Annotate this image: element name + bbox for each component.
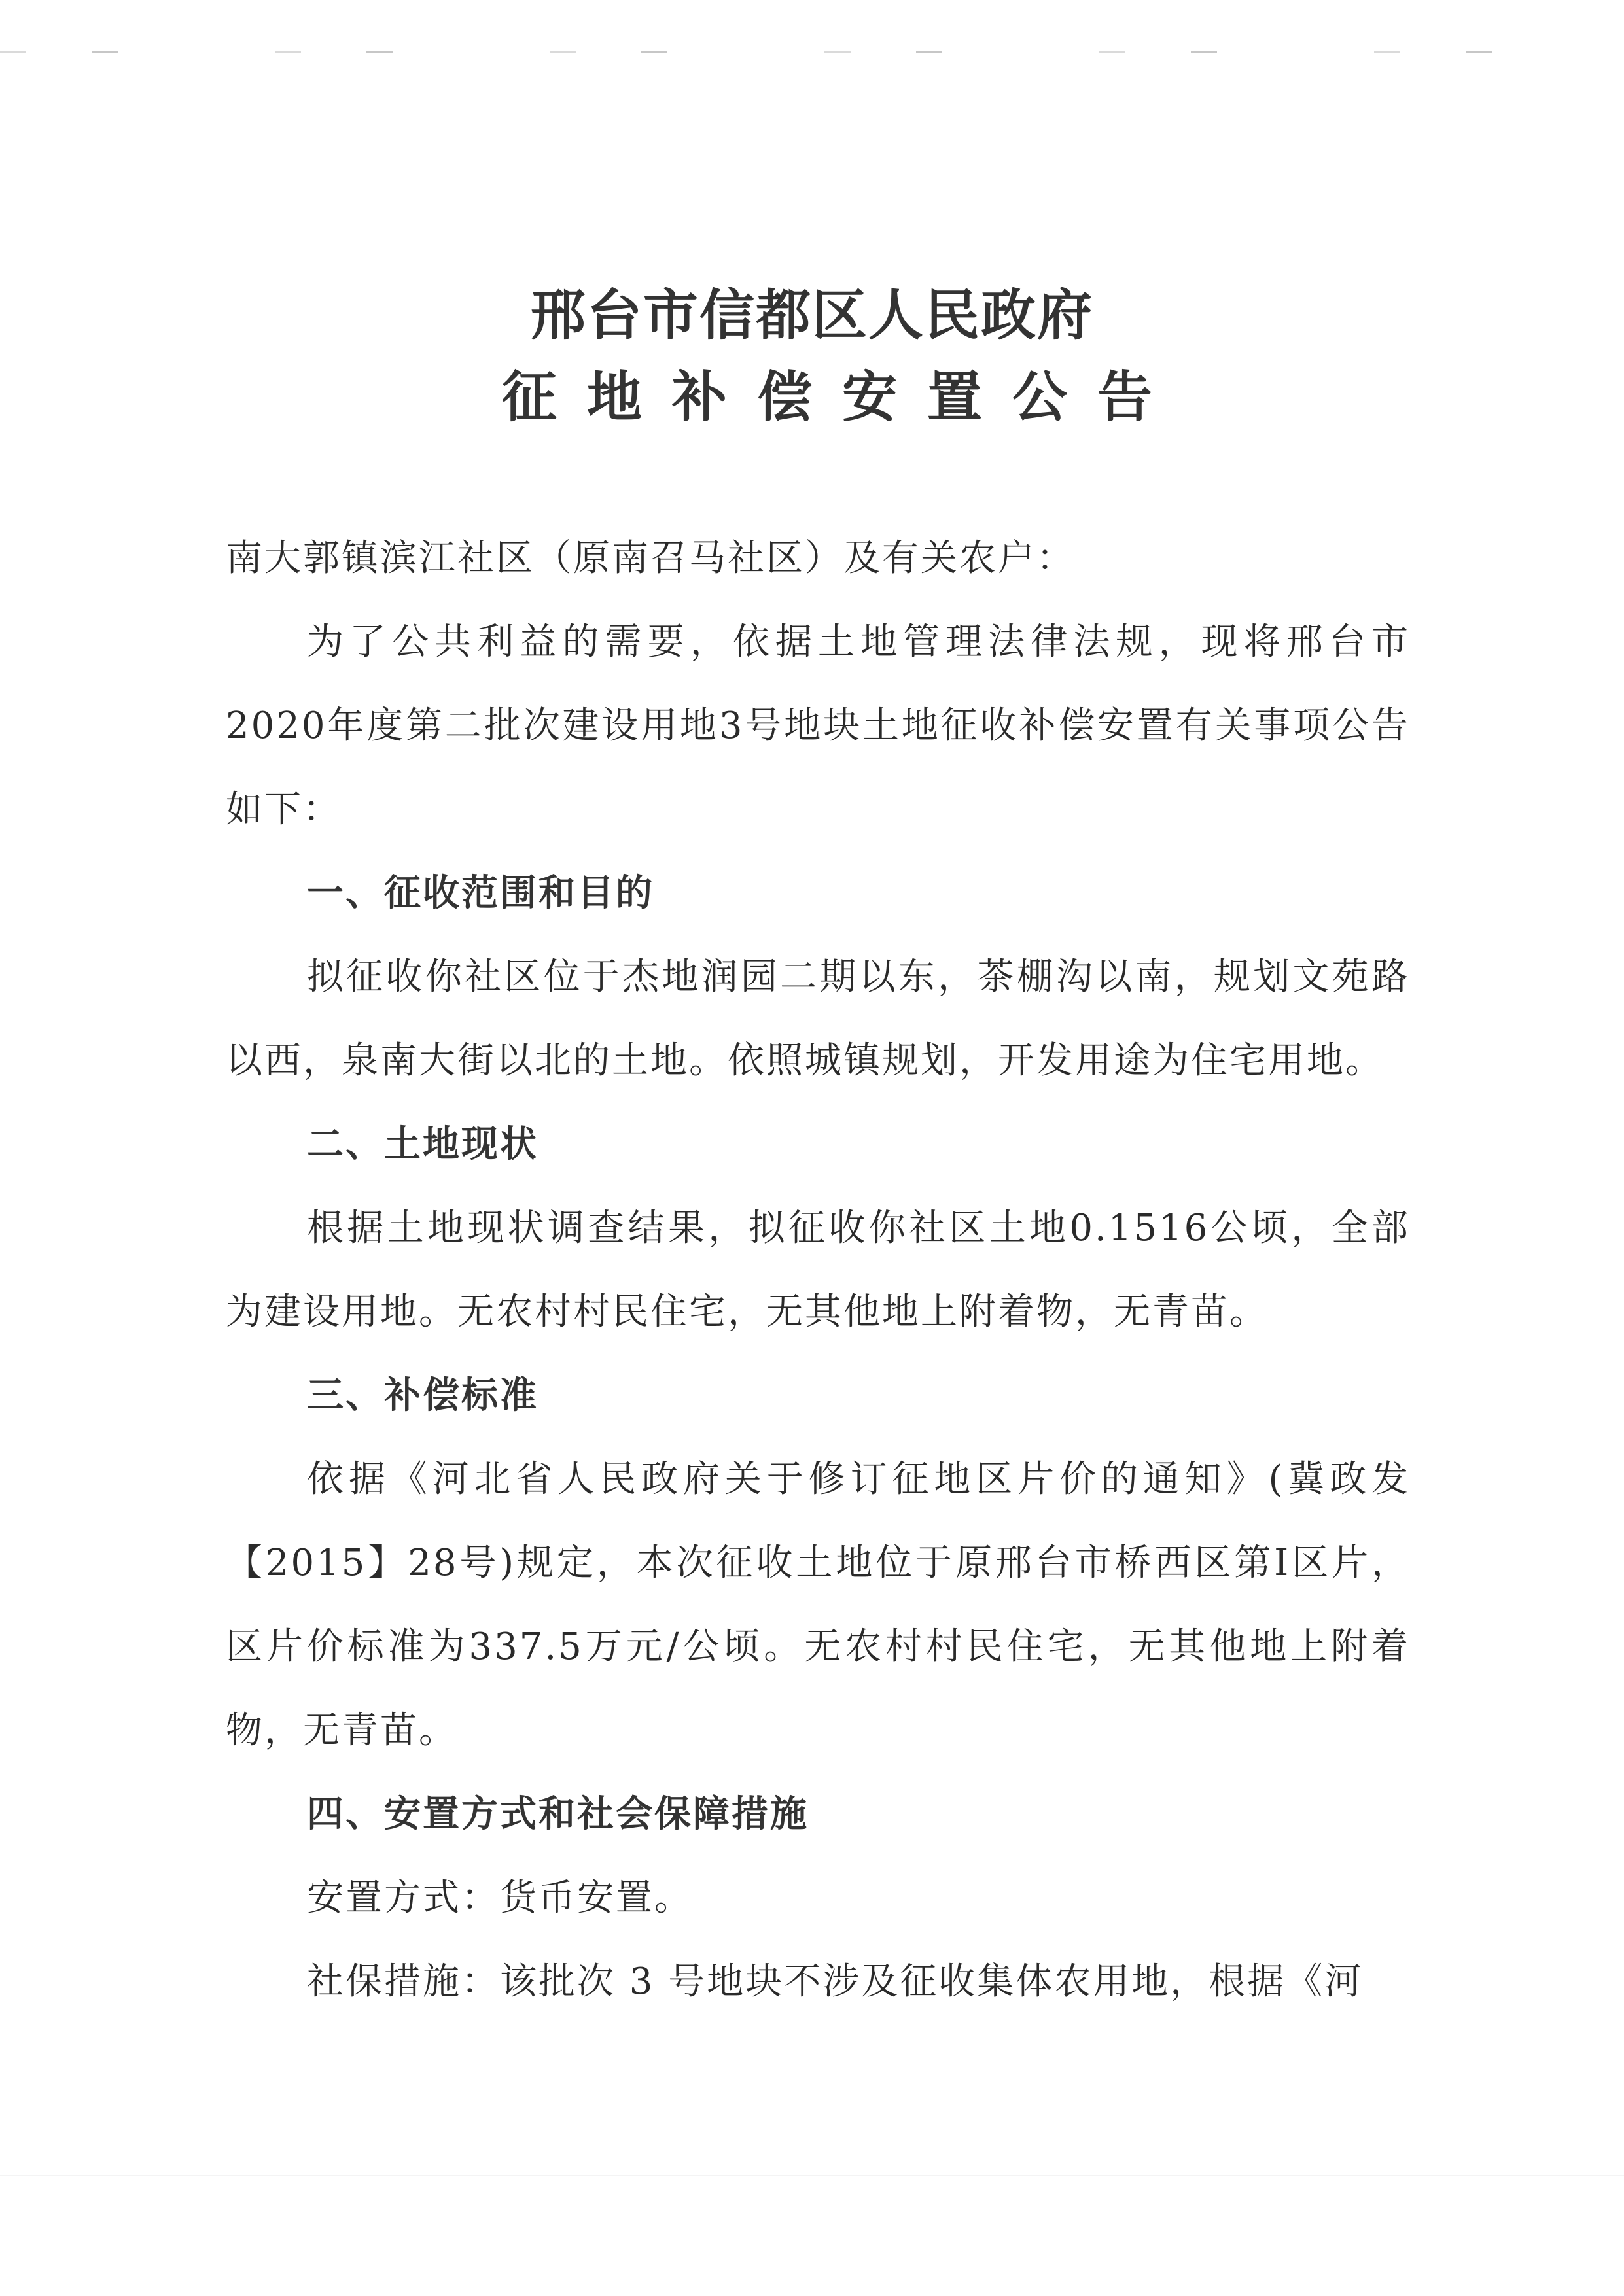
section-heading-compensation: 三、补偿标准 bbox=[226, 1354, 1410, 1438]
document-body: 南大郭镇滨江社区（原南召马社区）及有关农户： 为了公共利益的需要，依据土地管理法… bbox=[226, 517, 1410, 2024]
intro-paragraph: 为了公共利益的需要，依据土地管理法律法规，现将邢台市2020年度第二批次建设用地… bbox=[226, 600, 1410, 852]
scan-artifact-bottom bbox=[0, 2175, 1624, 2176]
section-heading-resettlement: 四、安置方式和社会保障措施 bbox=[226, 1773, 1410, 1856]
section-heading-scope: 一、征收范围和目的 bbox=[226, 852, 1410, 935]
social-security-measures: 社保措施：该批次 3 号地块不涉及征收集体农用地，根据《河 bbox=[226, 1940, 1410, 2024]
resettlement-method: 安置方式：货币安置。 bbox=[226, 1856, 1410, 1940]
section-body-compensation: 依据《河北省人民政府关于修订征地区片价的通知》(冀政发【2015】28号)规定，… bbox=[226, 1438, 1410, 1773]
salutation: 南大郭镇滨江社区（原南召马社区）及有关农户： bbox=[226, 517, 1410, 600]
section-body-land-status: 根据土地现状调查结果，拟征收你社区土地0.1516公顷，全部为建设用地。无农村村… bbox=[226, 1187, 1410, 1354]
document-title-notice: 征地补偿安置公告 bbox=[0, 353, 1624, 432]
scan-artifact-top bbox=[0, 51, 1624, 53]
section-heading-land-status: 二、土地现状 bbox=[226, 1103, 1410, 1187]
section-body-scope: 拟征收你社区位于杰地润园二期以东，茶棚沟以南，规划文苑路以西，泉南大街以北的土地… bbox=[226, 935, 1410, 1103]
document-title-issuer: 邢台市信都区人民政府 bbox=[0, 271, 1624, 351]
